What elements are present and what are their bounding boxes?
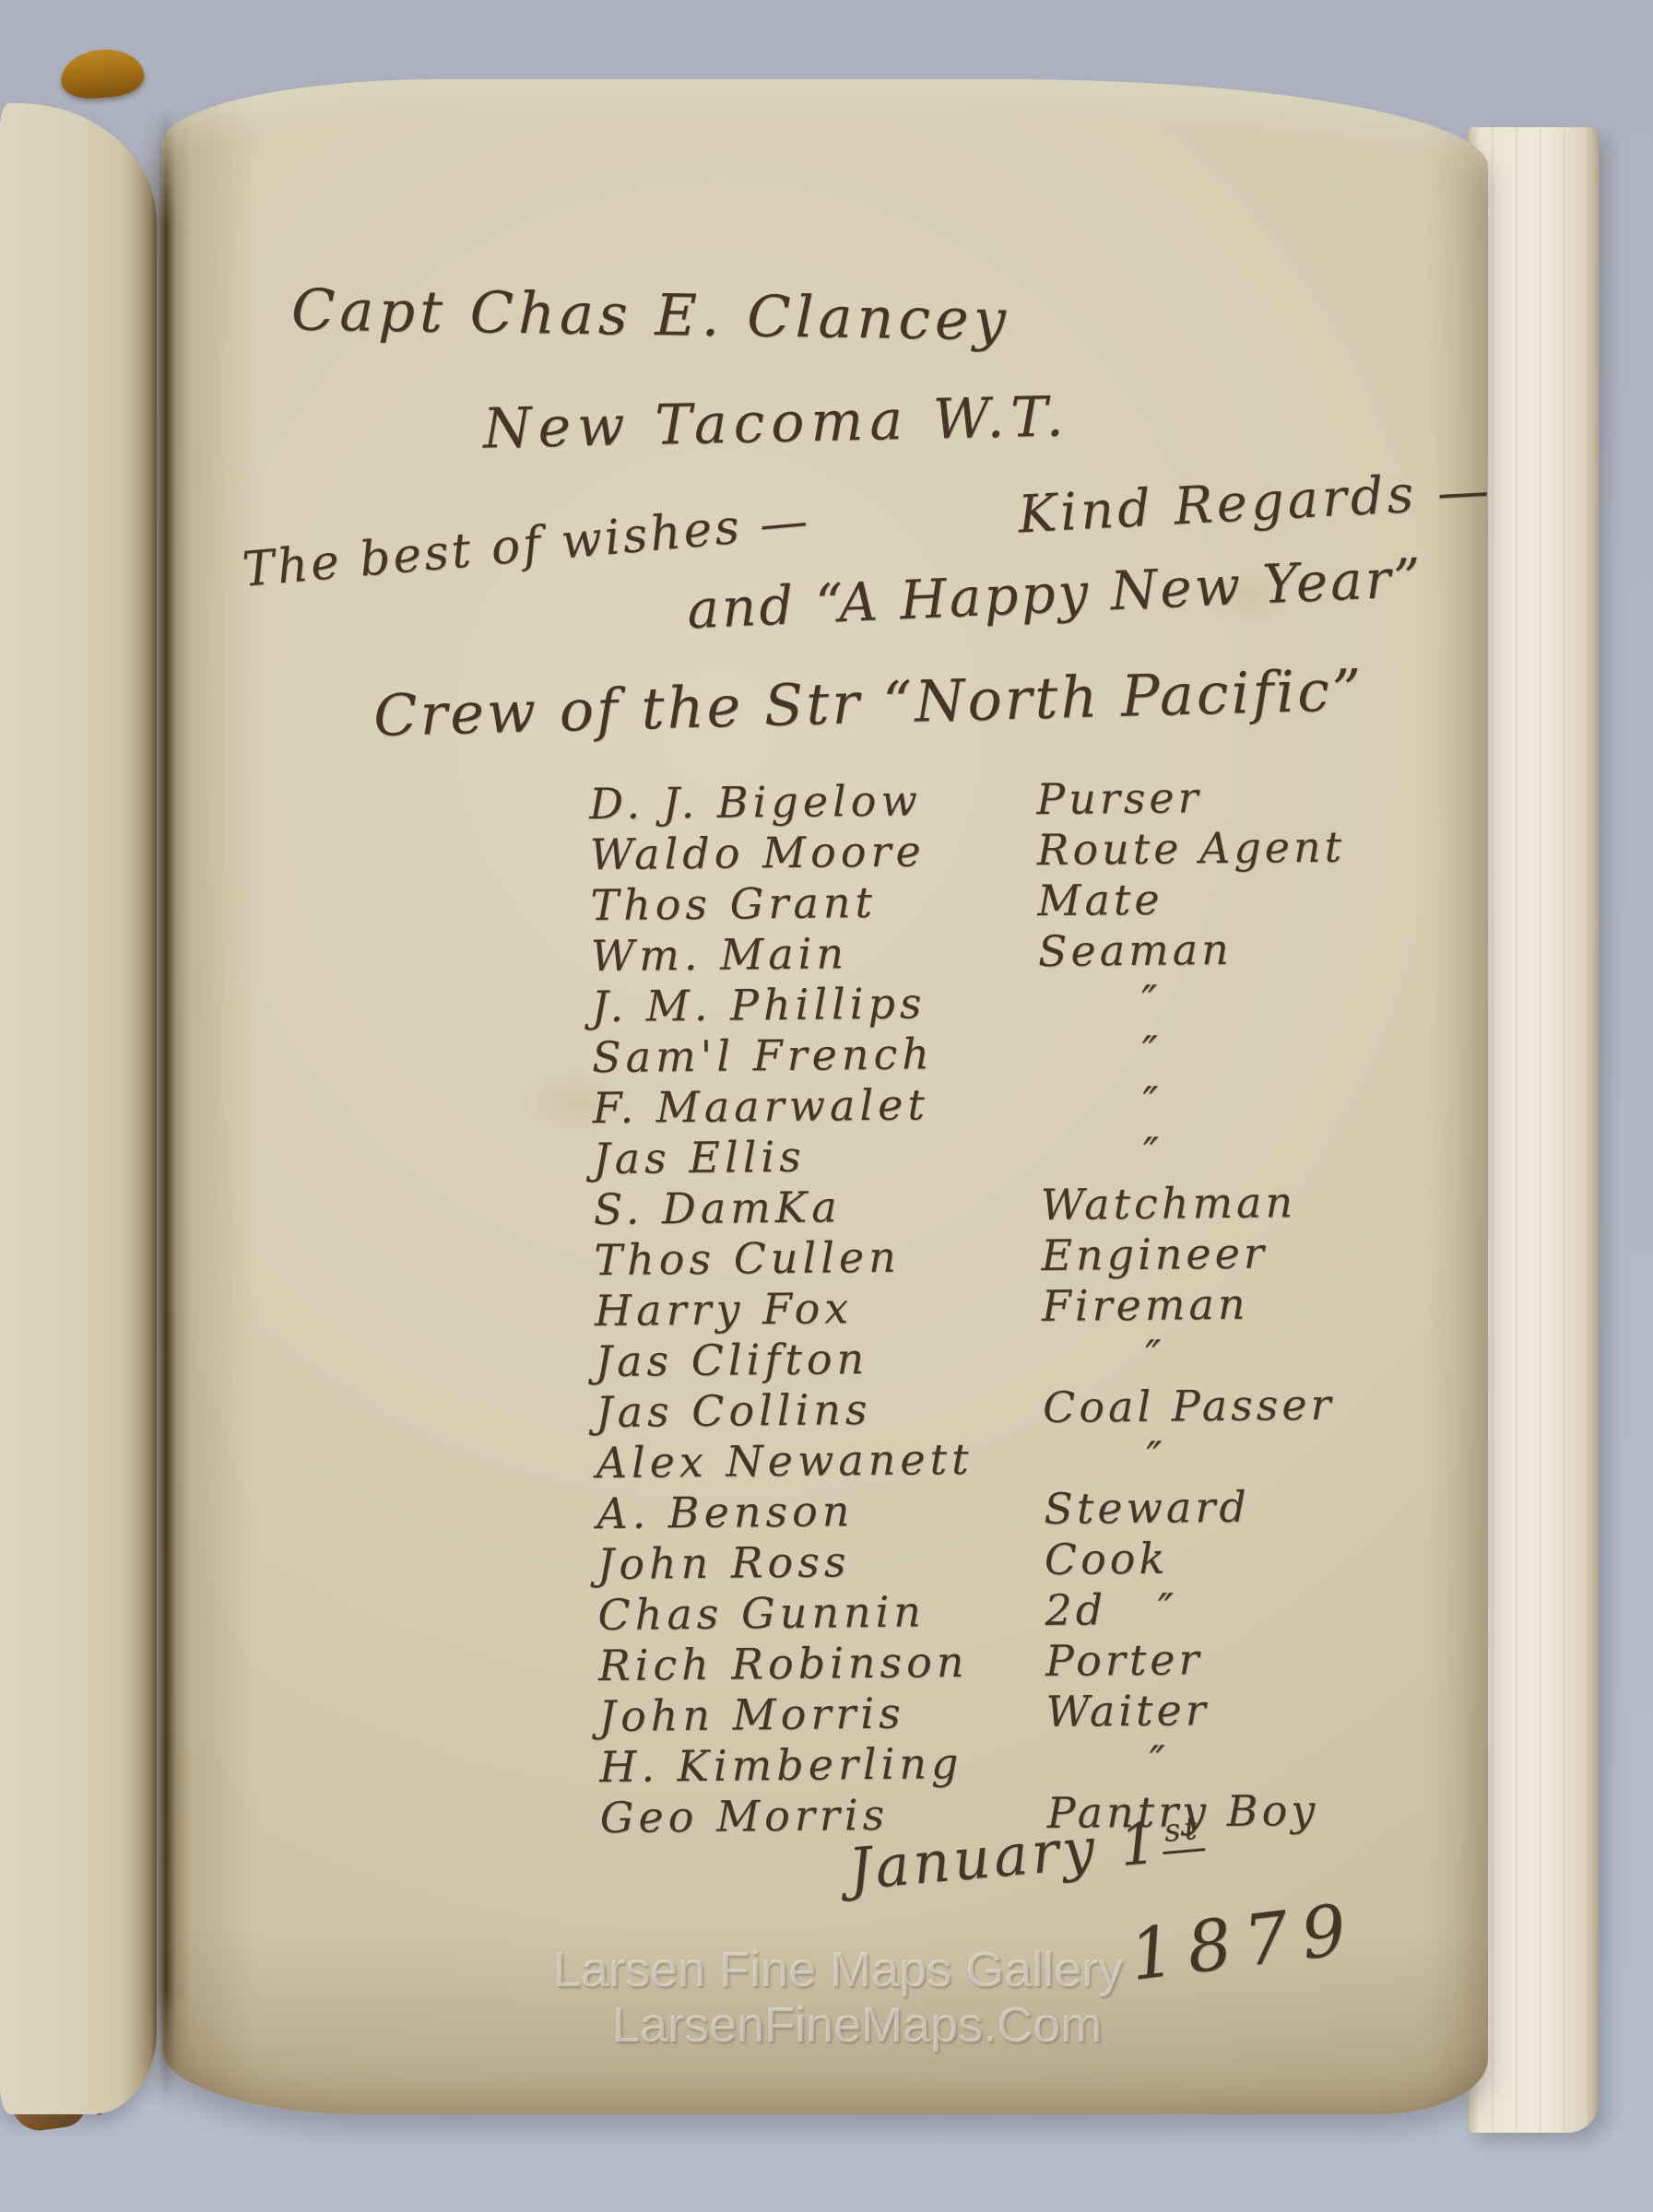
crew-row: Wm. MainSeaman [591, 927, 968, 982]
crew-role: Purser [1036, 772, 1202, 824]
crew-row: Geo MorrisPantry Boy [599, 1789, 976, 1843]
watermark-line1: Larsen Fine Maps Gallery [553, 1941, 1123, 1998]
crew-role: ″ [1042, 1331, 1164, 1382]
crew-name: Thos Grant [590, 877, 877, 930]
crew-role: Porter [1045, 1634, 1203, 1686]
crew-name: Wm. Main [591, 928, 849, 981]
crew-role: Waiter [1045, 1685, 1210, 1736]
crew-name: F. Maarwalet [592, 1079, 929, 1133]
watermark-line2: LarsenFineMaps.Com [612, 1996, 1102, 2053]
crew-role: Mate [1037, 875, 1163, 925]
greeting-regards: Kind Regards — [1017, 461, 1494, 546]
crew-role: Pantry Boy [1046, 1785, 1318, 1838]
crew-row: S. DamKaWatchman [594, 1181, 971, 1235]
crew-row: Waldo MooreRoute Agent [590, 826, 967, 880]
crew-row: Harry FoxFireman [595, 1282, 972, 1336]
crew-name: Thos Cullen [594, 1232, 901, 1285]
crew-role: ″ [1043, 1432, 1165, 1483]
crew-role: ″ [1039, 1077, 1162, 1128]
crew-row: Jas CollinsCoal Passer [596, 1383, 973, 1438]
crew-name: Waldo Moore [590, 826, 926, 879]
crew-row: F. Maarwalet ″ [592, 1079, 969, 1134]
date-year: 1879 [1126, 1887, 1364, 1996]
photo-of-open-book: Capt Chas E. Clancey New Tacoma W.T. Kin… [0, 0, 1653, 2212]
crew-role: ″ [1039, 1027, 1162, 1077]
crew-name: Harry Fox [595, 1283, 854, 1335]
crew-name: A. Benson [596, 1486, 855, 1538]
crew-role: ″ [1038, 976, 1161, 1027]
recipient-name: Capt Chas E. Clancey [291, 276, 1011, 354]
crew-row: Jas Clifton ″ [595, 1333, 972, 1387]
book-gutter [140, 107, 190, 2107]
crew-role: Watchman [1041, 1177, 1297, 1230]
crew-heading: Crew of the Str “North Pacific” [372, 656, 1364, 749]
crew-role: ″ [1040, 1128, 1163, 1179]
crew-row: H. Kimberling ″ [599, 1738, 976, 1793]
crew-row: A. BensonSteward [596, 1485, 974, 1539]
crew-row: Jas Ellis ″ [593, 1130, 970, 1184]
spine-head-leather [59, 46, 146, 101]
crew-row: Rich RobinsonPorter [598, 1637, 975, 1691]
crew-role: Route Agent [1037, 822, 1346, 875]
crew-name: S. DamKa [594, 1182, 842, 1234]
crew-name: John Ross [597, 1536, 851, 1589]
crew-list: D. J. BigelowPurser Waldo MooreRoute Age… [589, 775, 977, 1843]
crew-role: Steward [1044, 1482, 1250, 1534]
crew-row: Thos CullenEngineer [594, 1231, 971, 1286]
crew-name: Jas Clifton [595, 1334, 868, 1386]
crew-name: J. M. Phillips [591, 978, 926, 1031]
crew-name: Chas Gunnin [597, 1586, 926, 1640]
manuscript-page: Capt Chas E. Clancey New Tacoma W.T. Kin… [162, 79, 1488, 2114]
crew-role: Cook [1045, 1534, 1169, 1584]
crew-row: J. M. Phillips ″ [591, 978, 968, 1032]
crew-name: D. J. Bigelow [589, 775, 922, 829]
crew-name: Jas Ellis [593, 1132, 806, 1183]
crew-row: Sam'l French ″ [592, 1029, 969, 1083]
crew-role: 2d ″ [1045, 1584, 1177, 1636]
crew-row: Chas Gunnin2d ″ [597, 1586, 974, 1641]
crew-row: D. J. BigelowPurser [589, 775, 966, 829]
facing-page-edge [0, 103, 157, 2114]
crew-name: Sam'l French [592, 1029, 934, 1082]
crew-name: H. Kimberling [599, 1738, 963, 1792]
crew-role: Fireman [1042, 1279, 1249, 1331]
crew-name: Alex Newanett [596, 1434, 973, 1488]
recipient-city: New Tacoma W.T. [482, 384, 1070, 461]
crew-name: Jas Collins [596, 1384, 872, 1437]
crew-role: Seaman [1038, 924, 1233, 976]
crew-row: Alex Newanett ″ [596, 1434, 973, 1488]
crew-name: Rich Robinson [598, 1637, 969, 1690]
crew-role: ″ [1046, 1736, 1169, 1787]
crew-row: John RossCook [597, 1535, 974, 1590]
crew-row: Thos GrantMate [590, 877, 967, 931]
crew-name: John Morris [598, 1688, 905, 1741]
greeting-newyear: and “A Happy New Year” [686, 547, 1425, 641]
crew-row: John MorrisWaiter [598, 1688, 975, 1742]
crew-role: Engineer [1041, 1228, 1268, 1280]
crew-role: Coal Passer [1043, 1380, 1335, 1432]
crew-name: Geo Morris [599, 1790, 889, 1842]
